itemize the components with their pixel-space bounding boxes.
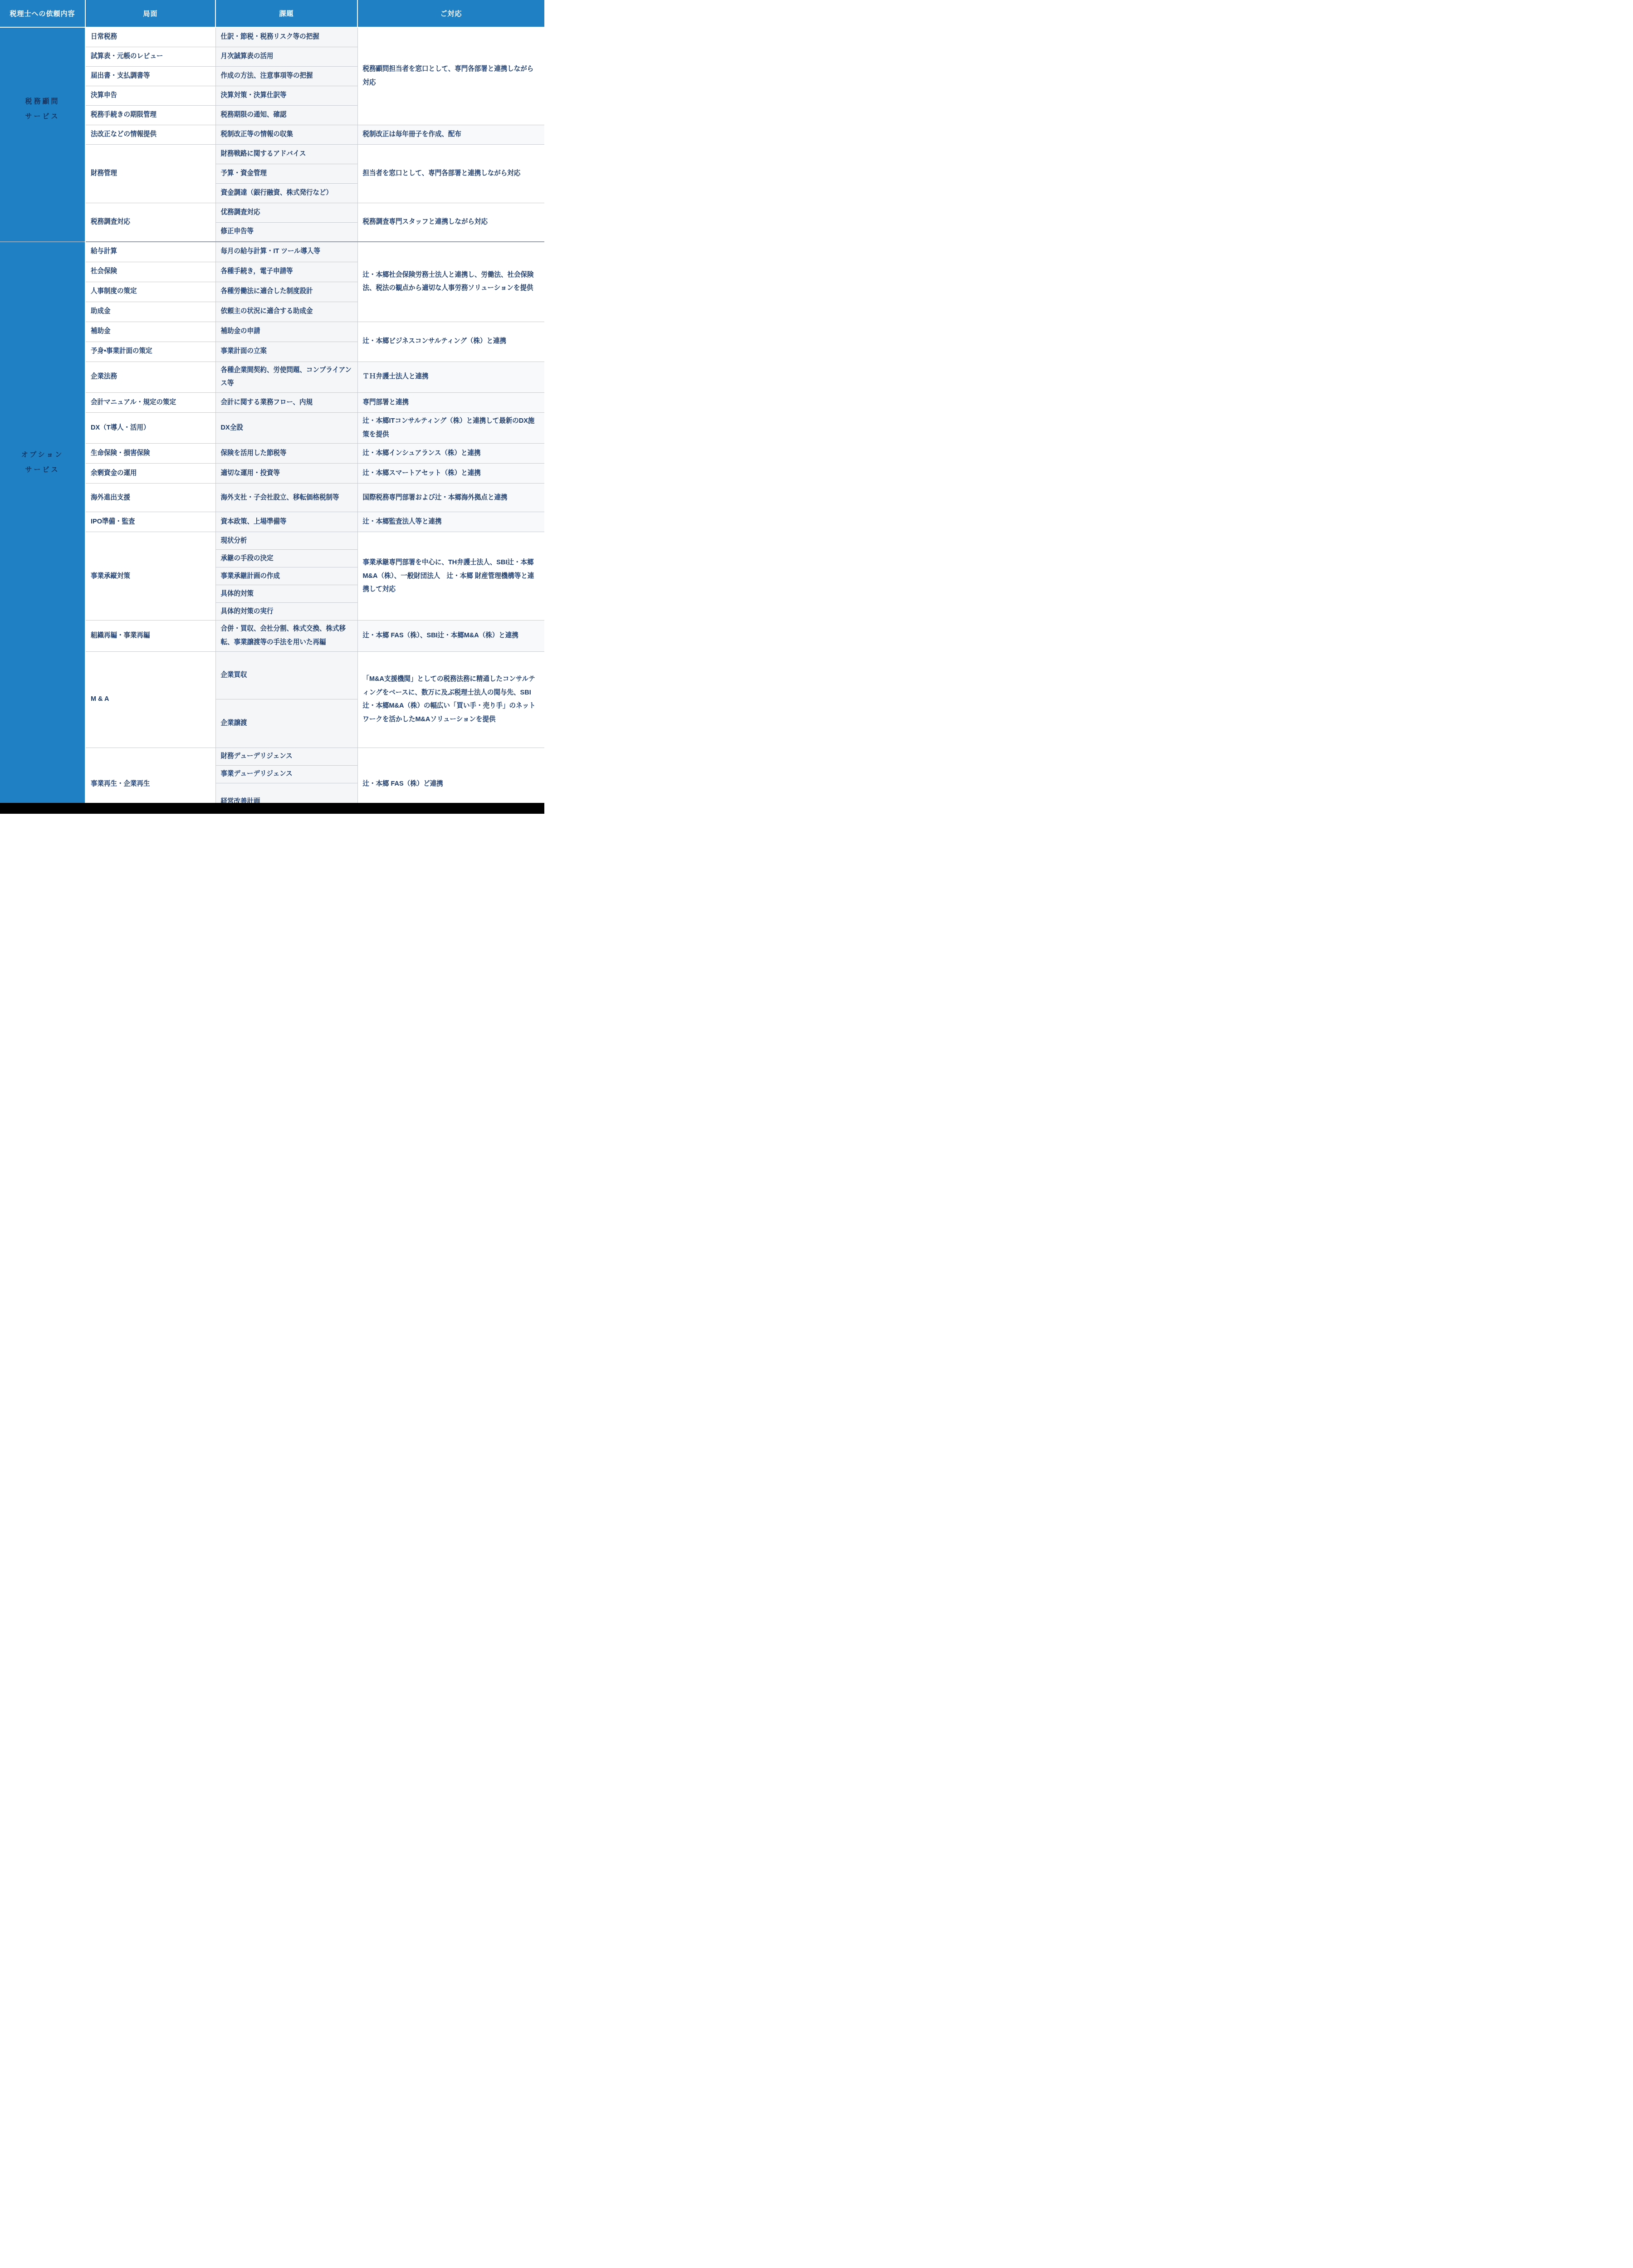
section-label-line1: 税務顧問 [0, 94, 85, 109]
issue-cell: 具体的対策の実行 [215, 603, 357, 621]
situation-cell: 事業承縦対策 [85, 532, 215, 621]
issue-cell: DX全設 [215, 412, 357, 443]
response-cell: 税務調査専門スタッフと連携しながら対応 [357, 203, 544, 242]
response-cell: 担当者を窓口として、専門各部署と連携しながら対応 [357, 144, 544, 203]
response-cell: 辻・本郷 FAS（株）、SBI辻・本郷M&A（株）と連携 [357, 621, 544, 651]
situation-cell: 企業法務 [85, 362, 215, 392]
issue-cell: 保険を活用した節税等 [215, 444, 357, 464]
header-response: ご対応 [357, 0, 544, 27]
issue-cell: 仕訳・節税・税務リスク等の把握 [215, 27, 357, 47]
issue-cell: 財務戦路に関するアドバイス [215, 144, 357, 164]
issue-cell: 具体的対策 [215, 585, 357, 603]
issue-cell: 補助金の申請 [215, 322, 357, 342]
issue-cell: 会計に関する業務フロー、内規 [215, 392, 357, 412]
header-row: 税理士への依頼内容 局面 課題 ご対応 [0, 0, 544, 27]
tax-services-table: 税理士への依頼内容 局面 課題 ご対応 税務顧問 サービス 日常税務 仕訳・節税… [0, 0, 544, 814]
issue-cell: 現状分析 [215, 532, 357, 550]
issue-cell: 税務期限の通知、確認 [215, 105, 357, 125]
response-cell: 辻・本郷ビジネスコンサルティング（株）と連携 [357, 322, 544, 362]
response-cell: 専門部署と連携 [357, 392, 544, 412]
issue-cell: 企業買収 [215, 651, 357, 699]
situation-cell: 税務調査対応 [85, 203, 215, 242]
section-label-line1: オプション [0, 447, 85, 462]
issue-cell: 依頼主の状況に適合する助成金 [215, 302, 357, 322]
situation-cell: 税務手続きの期限管理 [85, 105, 215, 125]
issue-cell: 企業譲渡 [215, 699, 357, 748]
issue-cell: 財務デューデリジェンス [215, 748, 357, 765]
situation-cell: 試算表・元帳のレビュー [85, 47, 215, 66]
issue-cell: 資金調達（銀行融資、株式発行など） [215, 183, 357, 203]
issue-cell: 各種労働法に適合した制度設計 [215, 282, 357, 302]
header-request-content: 税理士への依頼内容 [0, 0, 85, 27]
screenshot-cutoff-bar [0, 803, 544, 814]
response-cell: 「M&A支援機関」としての税務法務に精通したコンサルティングをベースに、数万に及… [357, 651, 544, 748]
issue-cell: 適切な運用・投資等 [215, 464, 357, 484]
issue-cell: 各種企業間契約、労使問題、コンプライアンス等 [215, 362, 357, 392]
table-row: オプション サービス 給与計算 毎月の給与計算・IT ツール導入等 辻・本郷社会… [0, 242, 544, 262]
issue-cell: 各種手続き，電子申請等 [215, 262, 357, 282]
situation-cell: 法改正などの情報提供 [85, 125, 215, 144]
section-option-service: オプション サービス [0, 242, 85, 814]
situation-cell: 社会保険 [85, 262, 215, 282]
issue-cell: 予算・資金管理 [215, 164, 357, 183]
response-cell: 税制改正は毎年冊子を作成、配布 [357, 125, 544, 144]
situation-cell: 財務管理 [85, 144, 215, 203]
situation-cell: 会計マニュアル・規定の策定 [85, 392, 215, 412]
header-issue: 課題 [215, 0, 357, 27]
response-cell: 税務顧問担当者を窓口として、専門各部署と連携しながら対応 [357, 27, 544, 125]
response-cell: 国際税務専門部署および辻・本郷海外拠点と連携 [357, 484, 544, 512]
situation-cell: M & A [85, 651, 215, 748]
issue-cell: 税制改正等の情報の収集 [215, 125, 357, 144]
issue-cell: 決算対策・決算仕訳等 [215, 86, 357, 105]
issue-cell: 合併・買収、会社分割、株式交換、株式移転、事業譲渡等の手法を用いた再編 [215, 621, 357, 651]
section-label-line2: サービス [0, 109, 85, 124]
issue-cell: 海外支社・子会社設立、移転価格税制等 [215, 484, 357, 512]
response-cell: 辻・本郷ITコンサルティング（株）と連携して最新のDX施策を提供 [357, 412, 544, 443]
table-row: 税務顧問 サービス 日常税務 仕訳・節税・税務リスク等の把握 税務顧問担当者を窓… [0, 27, 544, 47]
response-cell: 事業承継専門部署を中心に、TH弁護士法人、SBI辻・本郷M&A（株）、一般財団法… [357, 532, 544, 621]
response-cell: 辻・本郷社会保険労務士法人と連携し、労働法、社会保険法、税法の観点から適切な人事… [357, 242, 544, 322]
situation-cell: IPO準備・監査 [85, 512, 215, 532]
response-cell: 辻・本郷監査法人等と連携 [357, 512, 544, 532]
situation-cell: 組織再編・事業再編 [85, 621, 215, 651]
response-cell: 辻・本郷スマートアセット（株）と連携 [357, 464, 544, 484]
situation-cell: 補助金 [85, 322, 215, 342]
section-label: オプション サービス [0, 447, 85, 477]
issue-cell: 毎月の給与計算・IT ツール導入等 [215, 242, 357, 262]
situation-cell: 予身•事業計面の策定 [85, 342, 215, 362]
issue-cell: 資本政策、上場準備等 [215, 512, 357, 532]
issue-cell: 承継の手段の決定 [215, 550, 357, 567]
issue-cell: 事業デューデリジェンス [215, 765, 357, 783]
issue-cell: 作成の方法、注意事項等の把握 [215, 66, 357, 86]
header-situation: 局面 [85, 0, 215, 27]
situation-cell: 海外進出支援 [85, 484, 215, 512]
situation-cell: 余剰資金の運用 [85, 464, 215, 484]
issue-cell: 修正申告等 [215, 222, 357, 242]
situation-cell: DX（T導人・活用） [85, 412, 215, 443]
section-label: 税務顧問 サービス [0, 94, 85, 124]
situation-cell: 給与計算 [85, 242, 215, 262]
situation-cell: 人事制度の策定 [85, 282, 215, 302]
situation-cell: 決算申告 [85, 86, 215, 105]
situation-cell: 生命保険・損害保険 [85, 444, 215, 464]
issue-cell: 优務調査対応 [215, 203, 357, 222]
section-label-line2: サービス [0, 462, 85, 477]
issue-cell: 事業承継計画の作成 [215, 567, 357, 585]
services-table-page: 税理士への依頼内容 局面 課題 ご対応 税務顧問 サービス 日常税務 仕訳・節税… [0, 0, 544, 814]
issue-cell: 月次誠算表の活用 [215, 47, 357, 66]
situation-cell: 日常税務 [85, 27, 215, 47]
response-cell: ＴＨ弁護士法人と連携 [357, 362, 544, 392]
situation-cell: 助成金 [85, 302, 215, 322]
situation-cell: 届出書・支払調書等 [85, 66, 215, 86]
response-cell: 辻・本郷インシュアランス（株）と連携 [357, 444, 544, 464]
section-tax-advisory: 税務顧問 サービス [0, 27, 85, 242]
issue-cell: 事業計面の立案 [215, 342, 357, 362]
